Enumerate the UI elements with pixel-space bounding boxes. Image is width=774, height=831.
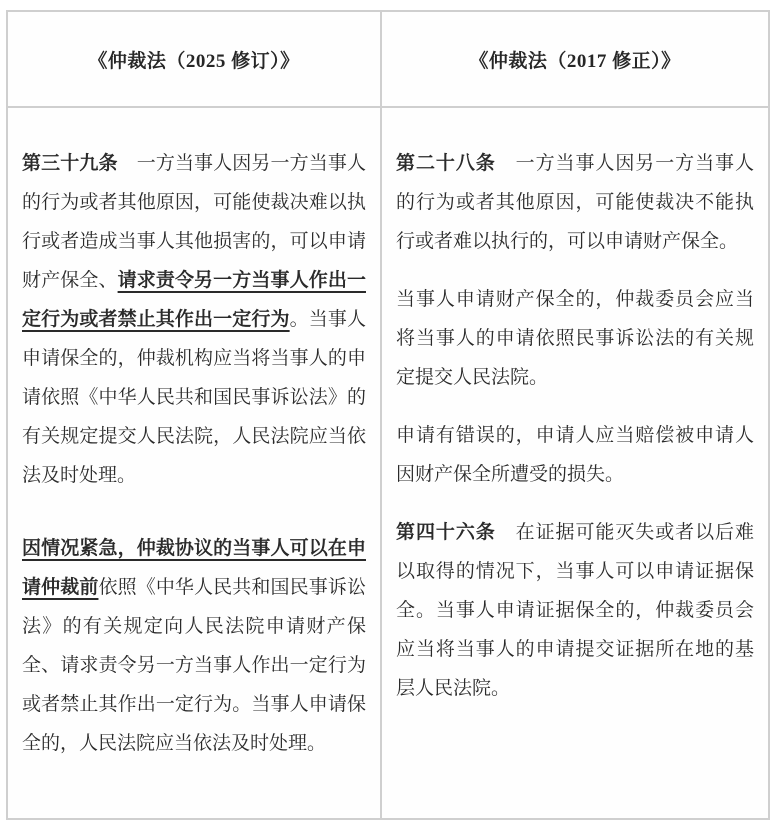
- article-28-clause-3-text: 申请有错误的，申请人应当赔偿被申请人因财产保全所遭受的损失。: [396, 425, 754, 485]
- header-title-2017: 《仲裁法（2017 修正）》: [469, 51, 680, 72]
- article-46-text: 在证据可能灭失或者以后难以取得的情况下，当事人可以申请证据保全。当事人申请证据保…: [396, 522, 754, 699]
- header-title-2025: 《仲裁法（2025 修订）》: [88, 51, 299, 72]
- table-body: 第三十九条 一方当事人因另一方当事人的行为或者其他原因，可能使裁决难以执行或者造…: [7, 107, 769, 819]
- article-39-clause-2-text: 依照《中华人民共和国民事诉讼法》的有关规定向人民法院申请财产保全、请求责令另一方…: [22, 577, 366, 754]
- paragraph-article-28: 第二十八条 一方当事人因另一方当事人的行为或者其他原因，可能使裁决不能执行或者难…: [396, 144, 754, 261]
- table-header-row: 《仲裁法（2025 修订）》 《仲裁法（2017 修正）》: [7, 11, 769, 107]
- paragraph-article-46: 第四十六条 在证据可能灭失或者以后难以取得的情况下，当事人可以申请证据保全。当事…: [396, 513, 754, 708]
- column-law-2025: 第三十九条 一方当事人因另一方当事人的行为或者其他原因，可能使裁决难以执行或者造…: [7, 107, 381, 819]
- article-39-text-continued: 。当事人申请保全的，仲裁机构应当将当事人的申请依照《中华人民共和国民事诉讼法》的…: [22, 309, 366, 486]
- header-cell-law-2017: 《仲裁法（2017 修正）》: [381, 11, 769, 107]
- law-comparison-table: 《仲裁法（2025 修订）》 《仲裁法（2017 修正）》 第三十九条 一方当事…: [6, 10, 770, 820]
- paragraph-article-28-clause-3: 申请有错误的，申请人应当赔偿被申请人因财产保全所遭受的损失。: [396, 416, 754, 494]
- paragraph-article-39-clause-2: 因情况紧急，仲裁协议的当事人可以在申请仲裁前依照《中华人民共和国民事诉讼法》的有…: [22, 529, 366, 763]
- article-28-clause-2-text: 当事人申请财产保全的，仲裁委员会应当将当事人的申请依照民事诉讼法的有关规定提交人…: [396, 289, 754, 388]
- header-cell-law-2025: 《仲裁法（2025 修订）》: [7, 11, 381, 107]
- paragraph-article-39: 第三十九条 一方当事人因另一方当事人的行为或者其他原因，可能使裁决难以执行或者造…: [22, 144, 366, 495]
- column-law-2017: 第二十八条 一方当事人因另一方当事人的行为或者其他原因，可能使裁决不能执行或者难…: [381, 107, 769, 819]
- paragraph-article-28-clause-2: 当事人申请财产保全的，仲裁委员会应当将当事人的申请依照民事诉讼法的有关规定提交人…: [396, 280, 754, 397]
- article-28-number: 第二十八条: [396, 153, 496, 174]
- article-46-number: 第四十六条: [396, 522, 496, 543]
- article-39-number: 第三十九条: [22, 153, 118, 174]
- table-row: 第三十九条 一方当事人因另一方当事人的行为或者其他原因，可能使裁决难以执行或者造…: [7, 107, 769, 819]
